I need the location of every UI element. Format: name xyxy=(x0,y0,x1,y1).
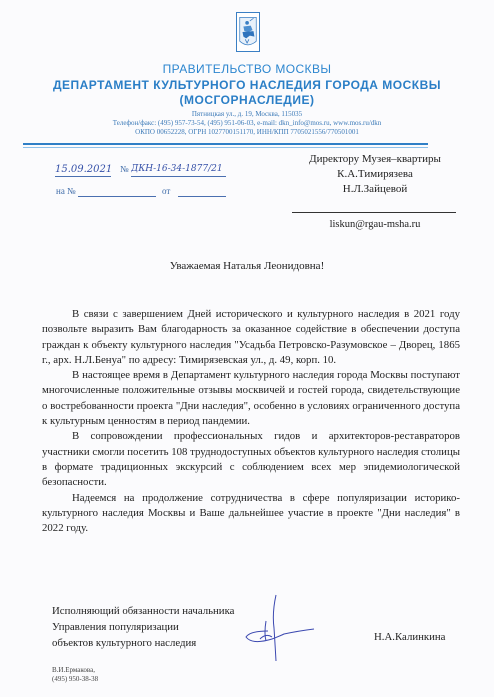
moscow-coat-of-arms-icon xyxy=(236,12,260,52)
addressee-email: liskun@rgau-msha.ru xyxy=(285,219,465,230)
reference-date-field xyxy=(178,196,226,197)
addressee-block: Директору Музея–квартиры К.А.Тимирязева … xyxy=(285,152,465,197)
outgoing-date: 15.09.2021 xyxy=(55,164,111,177)
greeting: Уважаемая Наталья Леонидовна! xyxy=(0,260,494,272)
reference-number-label: на № xyxy=(56,186,76,196)
signatory-position: Исполняющий обязанности начальника Управ… xyxy=(52,603,234,651)
department-address: Пятницкая ул., д. 19, Москва, 115035 xyxy=(0,110,494,119)
department-contacts: Телефон/факс: (495) 957-73-54, (495) 951… xyxy=(0,119,494,128)
department-registry: ОКПО 00652228, ОГРН 1027700151170, ИНН/К… xyxy=(0,128,494,137)
paragraph: Надеемся на продолжение сотрудничества в… xyxy=(42,491,460,537)
department-name: ДЕПАРТАМЕНТ КУЛЬТУРНОГО НАСЛЕДИЯ ГОРОДА … xyxy=(0,78,494,93)
letterhead-divider-light xyxy=(23,147,428,148)
position-line: объектов культурного наследия xyxy=(52,635,234,651)
executor-info: В.И.Ермакова, (495) 950-38-38 xyxy=(52,666,98,684)
handwritten-signature-icon xyxy=(238,593,318,663)
department-title: ДЕПАРТАМЕНТ КУЛЬТУРНОГО НАСЛЕДИЯ ГОРОДА … xyxy=(0,78,494,108)
executor-name: В.И.Ермакова, xyxy=(52,666,98,675)
position-line: Управления популяризации xyxy=(52,619,234,635)
position-line: Исполняющий обязанности начальника xyxy=(52,603,234,619)
government-title: ПРАВИТЕЛЬСТВО МОСКВЫ xyxy=(0,62,494,76)
number-label: № xyxy=(120,164,129,174)
signatory-name: Н.А.Калинкина xyxy=(374,631,445,643)
paragraph: В связи с завершением Дней исторического… xyxy=(42,307,460,368)
paragraph: В настоящее время в Департамент культурн… xyxy=(42,368,460,429)
outgoing-number: ДКН-16-34-1877/21 xyxy=(131,164,226,177)
reference-date-label: от xyxy=(162,186,170,196)
addressee-position: Директору Музея–квартиры xyxy=(285,152,465,167)
department-short-name: (МОСГОРНАСЛЕДИЕ) xyxy=(0,93,494,108)
addressee-name: Н.Л.Зайцевой xyxy=(285,182,465,197)
addressee-divider xyxy=(292,212,456,213)
paragraph: В сопровождении профессиональных гидов и… xyxy=(42,429,460,490)
executor-phone: (495) 950-38-38 xyxy=(52,675,98,684)
letter-body: В связи с завершением Дней исторического… xyxy=(42,307,460,536)
addressee-organization: К.А.Тимирязева xyxy=(285,167,465,182)
reference-number-field xyxy=(78,196,156,197)
letterhead-divider xyxy=(23,143,428,145)
